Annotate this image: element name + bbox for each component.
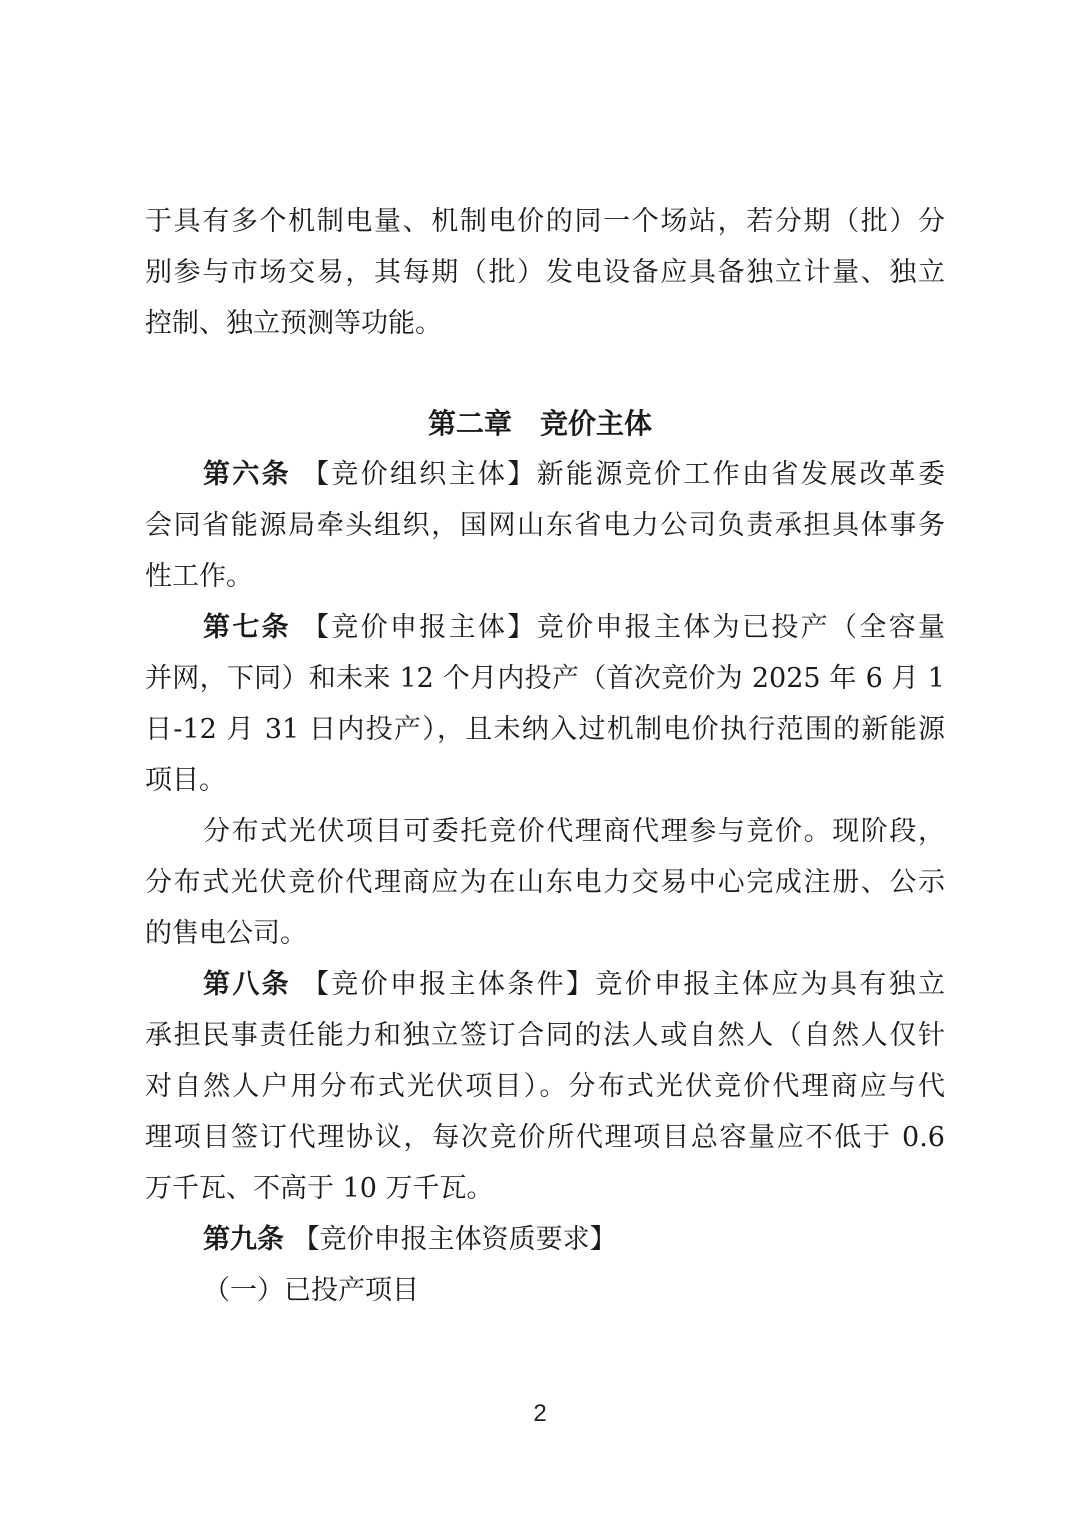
paragraph-line: 项目。 xyxy=(145,761,945,801)
page-number: 2 xyxy=(0,1398,1080,1430)
chapter-heading: 第二章竞价主体 xyxy=(0,404,1080,444)
article-text: 竞价申报主体应为具有独立 xyxy=(595,969,945,1000)
paragraph-line: 理项目签订代理协议，每次竞价所代理项目总容量应不低于 0.6 xyxy=(145,1118,945,1158)
document-page: 于具有多个机制电量、机制电价的同一个场站，若分期（批）分 别参与市场交易，其每期… xyxy=(0,0,1080,1527)
paragraph-line: 性工作。 xyxy=(145,557,945,597)
sub-item-heading: （一）已投产项目 xyxy=(203,1271,945,1311)
paragraph-line: 控制、独立预测等功能。 xyxy=(145,304,945,344)
article-label: 第九条 xyxy=(203,1224,284,1255)
chapter-number: 第二章 xyxy=(428,407,512,440)
chapter-title: 竞价主体 xyxy=(540,407,652,440)
article-7-first-line: 第七条 【竞价申报主体】竞价申报主体为已投产（全容量 xyxy=(203,608,945,648)
article-heading: 【竞价申报主体】 xyxy=(302,612,537,643)
paragraph-line: 并网，下同）和未来 12 个月内投产（首次竞价为 2025 年 6 月 1 xyxy=(145,659,945,699)
article-6-first-line: 第六条 【竞价组织主体】新能源竞价工作由省发展改革委 xyxy=(203,455,945,495)
article-heading: 【竞价组织主体】 xyxy=(302,459,537,490)
article-label: 第六条 xyxy=(203,459,291,490)
paragraph-line: 别参与市场交易，其每期（批）发电设备应具备独立计量、独立 xyxy=(145,253,945,293)
article-text: 竞价申报主体为已投产（全容量 xyxy=(537,612,945,643)
paragraph-first-line: 分布式光伏项目可委托竞价代理商代理参与竞价。现阶段， xyxy=(203,812,945,852)
article-heading: 【竞价申报主体条件】 xyxy=(302,969,595,1000)
article-9-first-line: 第九条 【竞价申报主体资质要求】 xyxy=(203,1220,945,1260)
paragraph-line: 于具有多个机制电量、机制电价的同一个场站，若分期（批）分 xyxy=(145,202,945,242)
article-heading: 【竞价申报主体资质要求】 xyxy=(293,1224,617,1255)
paragraph-line: 日-12 月 31 日内投产），且未纳入过机制电价执行范围的新能源 xyxy=(145,710,945,750)
article-text: 新能源竞价工作由省发展改革委 xyxy=(537,459,945,490)
article-label: 第八条 xyxy=(203,969,291,1000)
article-label: 第七条 xyxy=(203,612,291,643)
article-8-first-line: 第八条 【竞价申报主体条件】竞价申报主体应为具有独立 xyxy=(203,965,945,1005)
paragraph-line: 对自然人户用分布式光伏项目）。分布式光伏竞价代理商应与代 xyxy=(145,1067,945,1107)
paragraph-line: 万千瓦、不高于 10 万千瓦。 xyxy=(145,1169,945,1209)
paragraph-line: 分布式光伏竞价代理商应为在山东电力交易中心完成注册、公示 xyxy=(145,863,945,903)
paragraph-line: 会同省能源局牵头组织，国网山东省电力公司负责承担具体事务 xyxy=(145,506,945,546)
paragraph-line: 承担民事责任能力和独立签订合同的法人或自然人（自然人仅针 xyxy=(145,1016,945,1056)
paragraph-line: 的售电公司。 xyxy=(145,914,945,954)
